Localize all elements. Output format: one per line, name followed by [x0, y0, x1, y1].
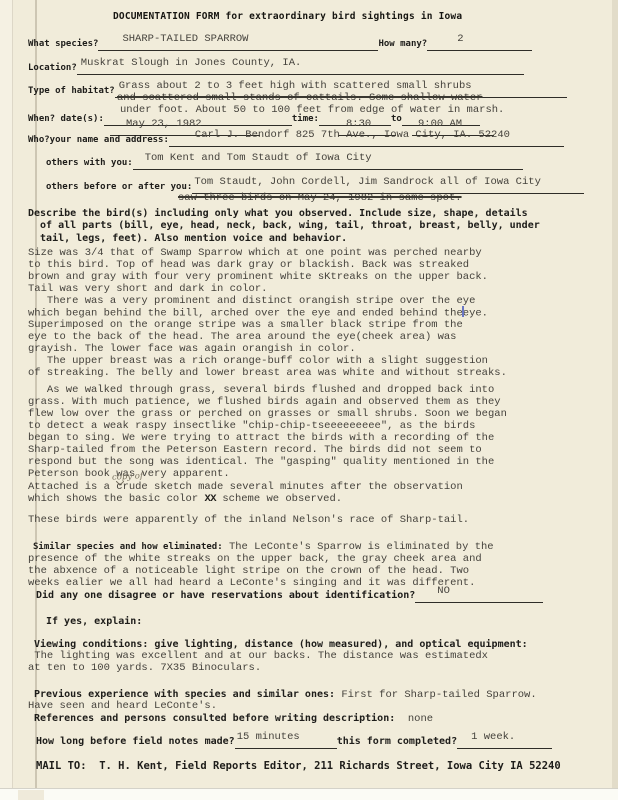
row-notes: How long before field notes made?15 minu…: [36, 735, 552, 749]
row-species: What species?SHARP-TAILED SPARROWHow man…: [28, 37, 532, 51]
form-completed-value: 1 week.: [457, 731, 519, 743]
references-label: References and persons consulted before …: [34, 713, 395, 724]
others-with-field: Tom Kent and Tom Staudt of Iowa City: [133, 156, 523, 170]
others-before-value: Tom Staudt, John Cordell, Jim Sandrock a…: [192, 176, 541, 188]
habitat-value-line1: Grass about 2 to 3 feet high with scatte…: [115, 80, 476, 92]
similar-species-value1: The LeConte's Sparrow is eliminated by t…: [223, 541, 494, 553]
others-before-label: others before or after you:: [46, 182, 192, 192]
narrative-p5-line2: which shows the basic color XX scheme we…: [28, 493, 342, 506]
notes-made-field: 15 minutes: [235, 735, 337, 749]
scan-background-strip: [0, 788, 618, 800]
narrative-p5-line2a: which shows the basic color: [28, 493, 204, 505]
overstruck-characters: XX: [204, 493, 216, 505]
references-value: none: [395, 713, 433, 725]
paper-bottom-tab: [18, 790, 44, 800]
habitat-label: Type of habitat?: [28, 86, 115, 96]
disagree-field: NO: [415, 589, 543, 603]
narrative-p3-line2: of streaking. The belly and lower breast…: [28, 367, 507, 380]
paper-left-edge: [0, 0, 13, 790]
describe-prompt-line3: tail, legs, feet). Also mention voice an…: [28, 232, 347, 245]
previous-label: Previous experience with species and sim…: [34, 689, 335, 700]
row-location: Location?Muskrat Slough in Jones County,…: [28, 61, 524, 75]
others-with-label: others with you:: [46, 158, 133, 168]
species-label: What species?: [28, 39, 98, 49]
when-label: When? date(s):: [28, 114, 104, 124]
previous-value: First for Sharp-tailed Sparrow.: [335, 689, 537, 701]
location-value: Muskrat Slough in Jones County, IA.: [77, 57, 306, 69]
scanned-document-page: DOCUMENTATION FORM for extraordinary bir…: [0, 0, 618, 800]
howmany-value: 2: [427, 33, 467, 45]
howmany-label: How many?: [378, 39, 427, 49]
viewing-line2: at ten to 100 yards. 7X35 Binoculars.: [28, 662, 261, 675]
narrative-p5-line2c: scheme we observed.: [216, 493, 342, 505]
notes-made-label: How long before field notes made?: [36, 736, 235, 747]
others-before-struck-line: saw three birds on May 24, 1982 in same …: [178, 192, 462, 205]
row-others-with: others with you:Tom Kent and Tom Staudt …: [46, 156, 523, 170]
paper-right-edge: [612, 0, 618, 790]
narrative-p6: These birds were apparently of the inlan…: [28, 514, 469, 527]
form-title: DOCUMENTATION FORM for extraordinary bir…: [113, 10, 462, 23]
narrative-p2-line2b: eye.: [463, 307, 488, 319]
row-disagree: Did any one disagree or have reservation…: [36, 589, 543, 603]
who-value: Carl J. Bendorf 825 7th Ave., Iowa City,…: [169, 129, 514, 141]
species-field: SHARP-TAILED SPARROW: [98, 37, 378, 51]
describe-prompt-line2: of all parts (bill, eye, head, neck, bac…: [28, 219, 540, 232]
similar-species-label: Similar species and how eliminated:: [33, 542, 223, 552]
mail-to-line: MAIL TO: T. H. Kent, Field Reports Edito…: [36, 760, 561, 773]
disagree-label: Did any one disagree or have reservation…: [36, 590, 415, 601]
time-label: time:: [292, 114, 319, 124]
howmany-field: 2: [427, 37, 532, 51]
who-field: Carl J. Bendorf 825 7th Ave., Iowa City,…: [169, 133, 564, 147]
narrative-p5-line1b: crude sketch made several minutes after …: [116, 481, 463, 493]
form-completed-label: this form completed?: [337, 736, 457, 747]
location-label: Location?: [28, 63, 77, 73]
species-value: SHARP-TAILED SPARROW: [98, 33, 252, 45]
location-field: Muskrat Slough in Jones County, IA.: [77, 61, 524, 75]
form-completed-field: 1 week.: [457, 735, 552, 749]
narrative-p2-line2a: which began behind the bill, arched over…: [28, 307, 463, 319]
blue-pen-insertion-mark: [462, 306, 464, 317]
if-yes-label: If yes, explain:: [46, 615, 142, 628]
who-label: Who?your name and address:: [28, 135, 169, 145]
disagree-value: NO: [415, 585, 454, 597]
row-who: Who?your name and address:Carl J. Bendor…: [28, 133, 564, 147]
row-references: References and persons consulted before …: [34, 712, 433, 726]
narrative-p5-line1a: Attached is a: [28, 481, 116, 493]
notes-made-value: 15 minutes: [235, 731, 304, 743]
others-with-value: Tom Kent and Tom Staudt of Iowa City: [133, 152, 376, 164]
